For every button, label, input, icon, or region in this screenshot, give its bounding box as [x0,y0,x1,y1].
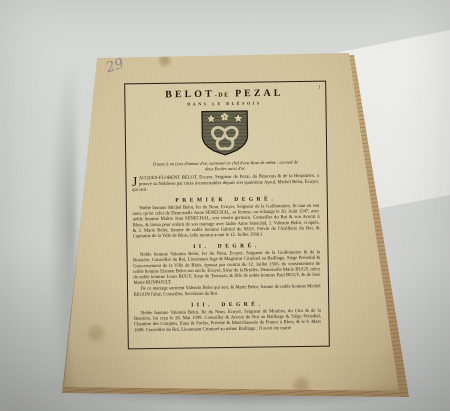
section-heading: PREMIER DEGRÉ. [132,195,319,204]
genealogy-paragraph: Noble homme Valentin Belot, Ier du Nom, … [133,250,320,286]
blazon-caption: D'azur, à un Lacs d'amour d'or, surmonté… [150,159,300,172]
printed-text-block: 1 BELOT-DE PEZAL DANS LE BLÉSOIS [125,82,326,337]
intro-text: ACQUES-FLORENT BELOT, Ecuyer, Seigneur d… [132,173,319,192]
coat-of-arms-shield [197,109,254,157]
section-heading: II. DEGRÉ. [133,242,320,251]
page-number: 1 [318,84,320,89]
drop-cap-letter: J [132,176,137,187]
handwritten-folio-number: 29 [104,56,126,77]
coat-of-arms [131,108,319,160]
section-premier-degre: PREMIER DEGRÉ. Noble homme Michel Belot,… [132,195,320,239]
genealogy-paragraph: Noble homme Valentin Belot, IIe du Nom, … [134,308,321,333]
genealogy-paragraph: De ce mariage sortirent Valentin Belot q… [133,284,320,298]
document-title: BELOT-DE PEZAL [131,87,318,101]
section-iii-degre: III. DEGRÉ. Noble homme Valentin Belot, … [134,300,321,333]
photo-scene: 29 1 BELOT-DE PEZAL DANS LE BLÉSOIS [0,0,450,411]
section-ii-degre: II. DEGRÉ. Noble homme Valentin Belot, I… [133,242,321,298]
genealogy-paragraph: Noble homme Michel Belot, Ier du Nom, Ec… [132,203,319,239]
printed-border-frame: 1 BELOT-DE PEZAL DANS LE BLÉSOIS [124,81,330,350]
document-subtitle: DANS LE BLÉSOIS [131,100,318,107]
section-heading: III. DEGRÉ. [134,300,321,309]
genealogy-intro: JACQUES-FLORENT BELOT, Ecuyer, Seigneur … [132,173,319,192]
document-page: 29 1 BELOT-DE PEZAL DANS LE BLÉSOIS [62,50,404,396]
